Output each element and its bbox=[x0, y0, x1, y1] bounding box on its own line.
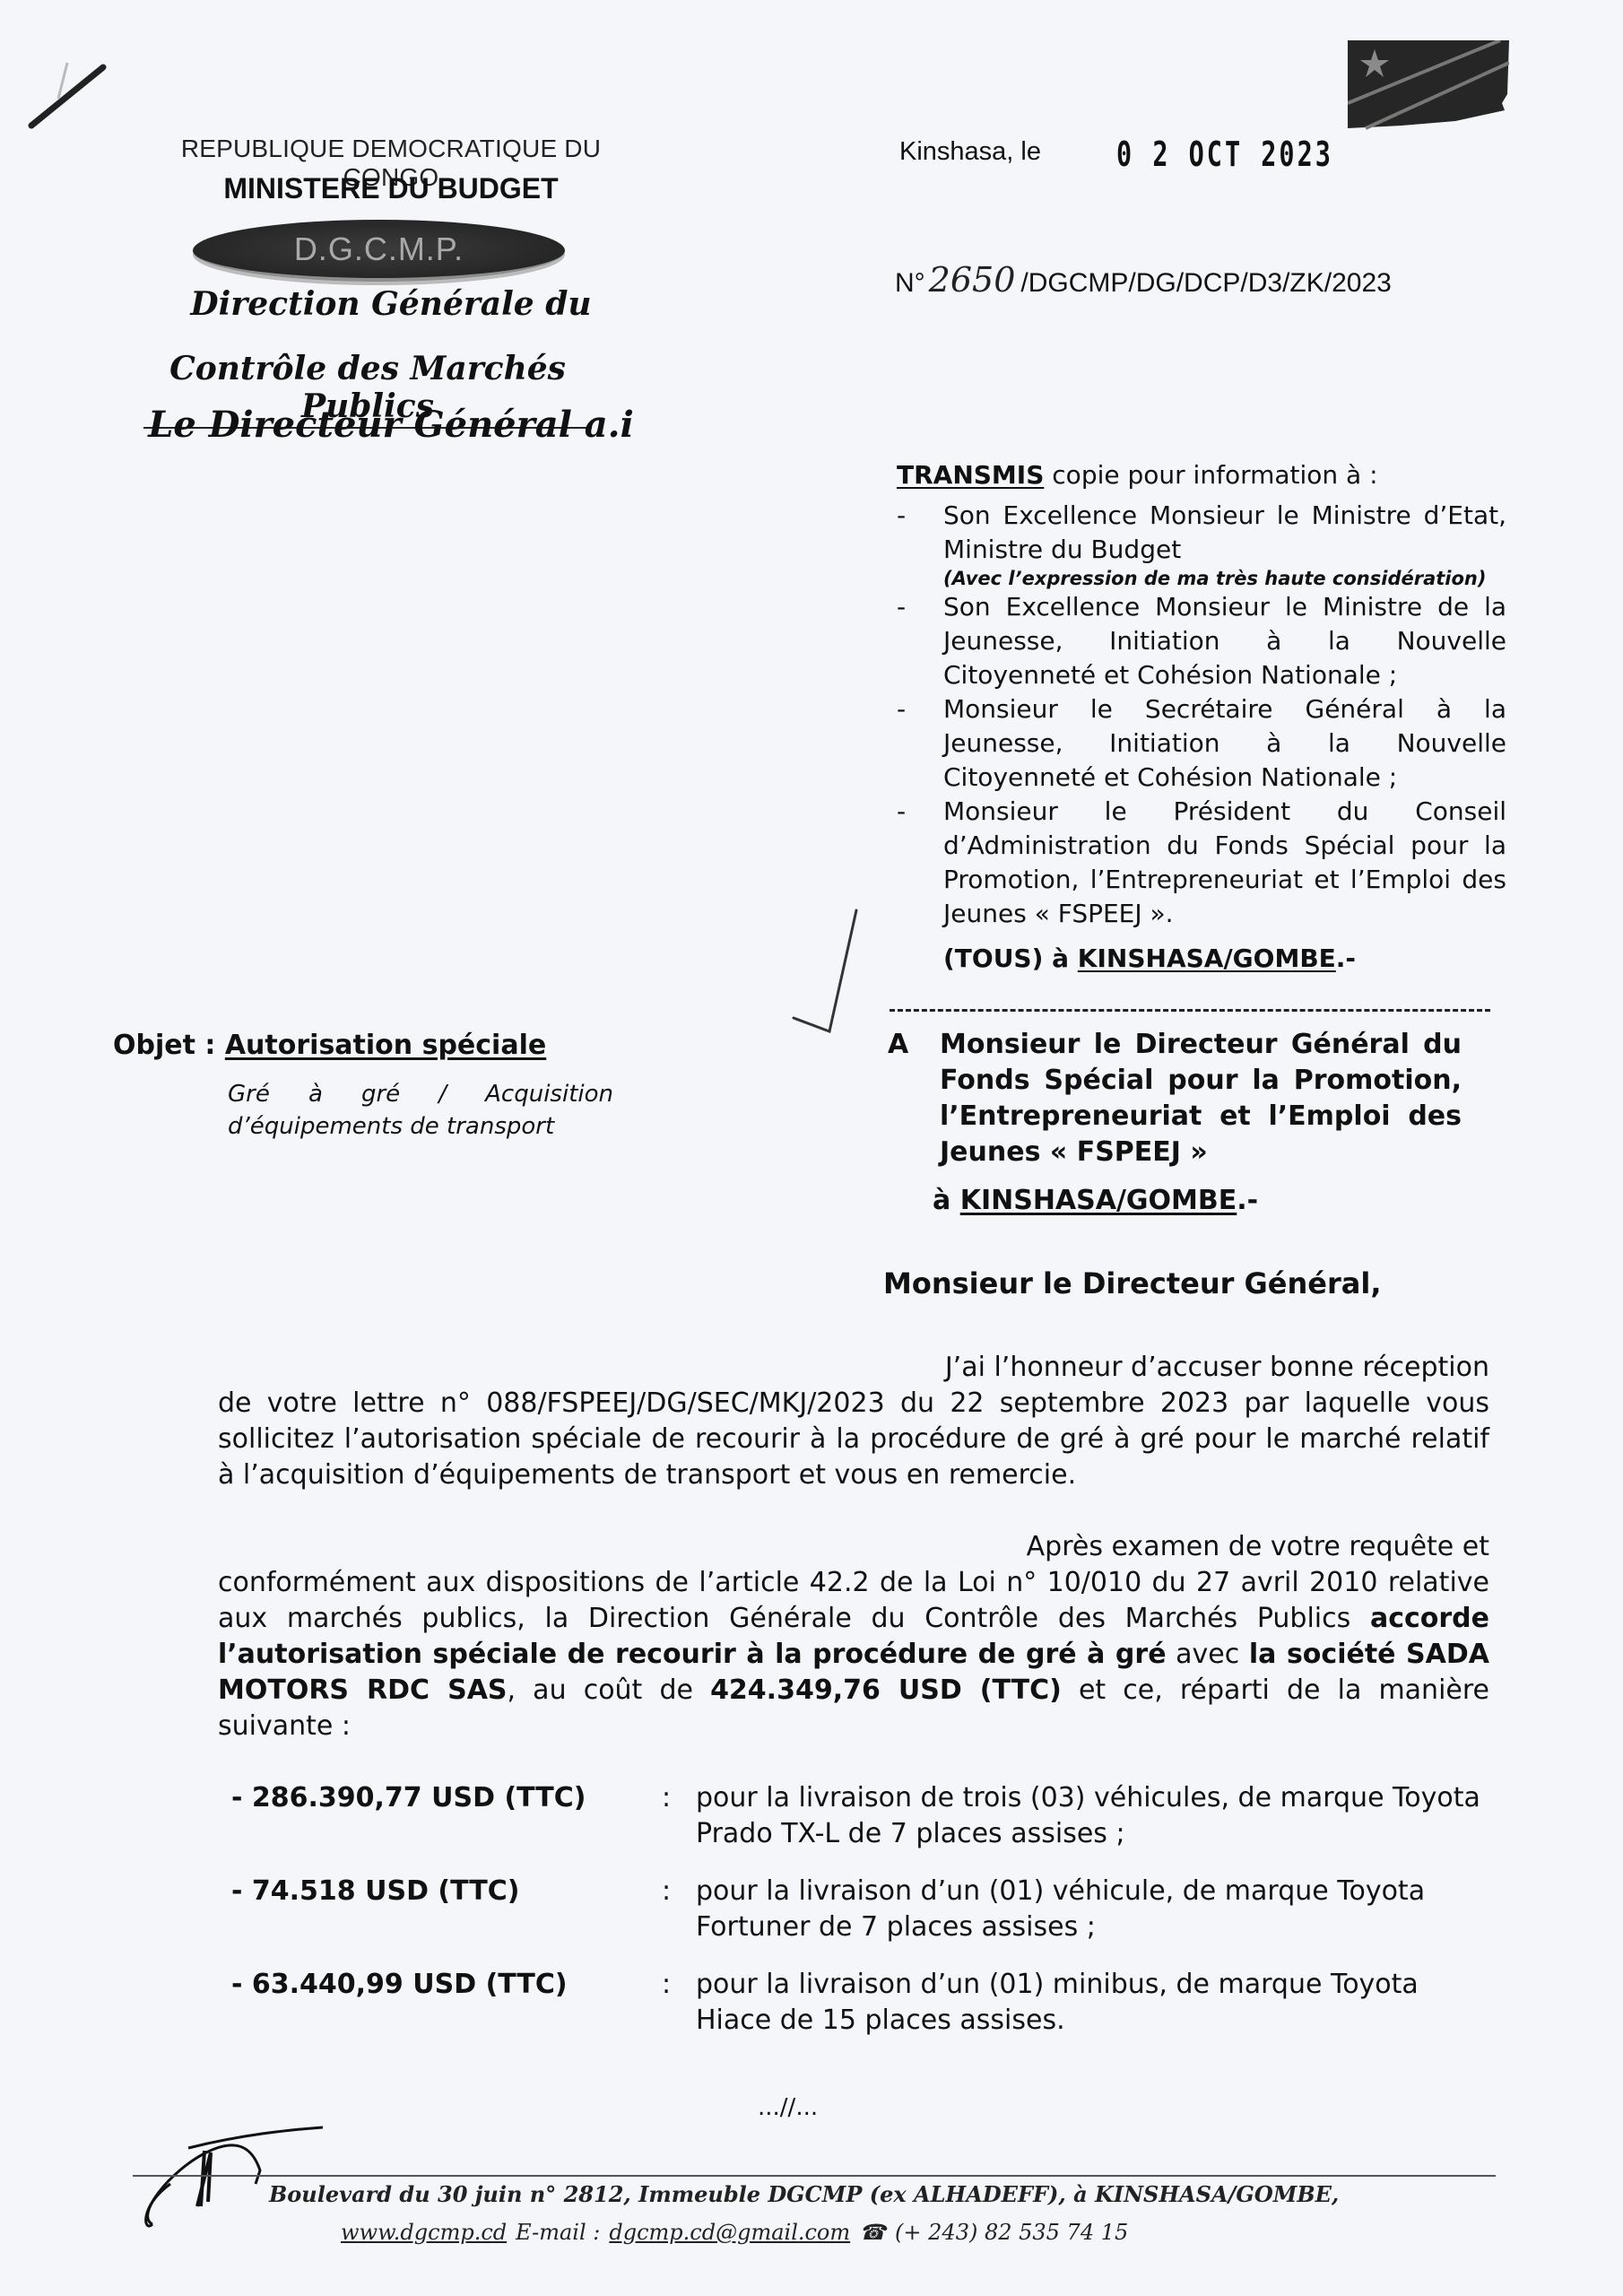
breakdown-row: - 63.440,99 USD (TTC):pour la livraison … bbox=[231, 1967, 1496, 2039]
ref-prefix: N° bbox=[895, 268, 925, 299]
drc-flag-icon bbox=[1348, 40, 1509, 130]
copy-recipient: -Son Excellence Monsieur le Ministre de … bbox=[897, 590, 1506, 692]
ref-handwritten-number: 2650 bbox=[929, 260, 1016, 300]
email-link[interactable]: dgcmp.cd@gmail.com bbox=[609, 2220, 850, 2245]
reference-number: N° 2650 /DGCMP/DG/DCP/D3/ZK/2023 bbox=[895, 260, 1392, 300]
ministry-heading: MINISTERE DU BUDGET bbox=[133, 172, 649, 205]
breakdown-row: - 286.390,77 USD (TTC):pour la livraison… bbox=[231, 1780, 1496, 1852]
copy-list-lead: TRANSMIS copie pour information à : bbox=[897, 460, 1506, 490]
separator-line bbox=[890, 1009, 1490, 1012]
subject-detail: Gré à gré / Acquisition d’équipements de… bbox=[228, 1078, 613, 1143]
transmis-label: TRANSMIS bbox=[897, 460, 1044, 490]
cost-breakdown: - 286.390,77 USD (TTC):pour la livraison… bbox=[231, 1780, 1496, 2060]
footer-address: Boulevard du 30 juin n° 2812, Immeuble D… bbox=[269, 2181, 1339, 2207]
dgcmp-logo: D.G.C.M.P. bbox=[193, 220, 565, 282]
copy-note: (Avec l’expression de ma très haute cons… bbox=[943, 567, 1506, 590]
ref-suffix: /DGCMP/DG/DCP/D3/ZK/2023 bbox=[1020, 268, 1391, 299]
subject-line: Objet : Autorisation spéciale bbox=[113, 1030, 546, 1061]
check-mark-icon bbox=[789, 906, 870, 1058]
website-link[interactable]: www.dgcmp.cd bbox=[341, 2220, 507, 2245]
copy-recipient: -Monsieur le Secrétaire Général à la Jeu… bbox=[897, 692, 1506, 795]
pen-mark-icon bbox=[18, 27, 126, 135]
total-amount: 424.349,76 USD (TTC) bbox=[710, 1674, 1062, 1706]
footer-rule bbox=[133, 2175, 1496, 2177]
place-label: Kinshasa, le bbox=[899, 137, 1041, 167]
subject-title: Autorisation spéciale bbox=[225, 1030, 546, 1061]
direction-line-1: Direction Générale du bbox=[133, 285, 649, 323]
signatory-title: Le Directeur Général a.i bbox=[133, 404, 649, 446]
telephone-icon: ☎ bbox=[859, 2220, 886, 2245]
footer-contacts: www.dgcmp.cd E-mail : dgcmp.cd@gmail.com… bbox=[341, 2220, 1128, 2245]
recipient-block: AMonsieur le Directeur Général du Fonds … bbox=[888, 1027, 1462, 1219]
phone-number: (+ 243) 82 535 74 15 bbox=[895, 2220, 1128, 2245]
copy-list: TRANSMIS copie pour information à : -Son… bbox=[897, 460, 1506, 973]
breakdown-row: - 74.518 USD (TTC):pour la livraison d’u… bbox=[231, 1874, 1496, 1945]
salutation: Monsieur le Directeur Général, bbox=[883, 1266, 1381, 1300]
copy-recipient: -Monsieur le Président du Conseil d’Admi… bbox=[897, 795, 1506, 931]
recipient-city: à KINSHASA/GOMBE.- bbox=[888, 1183, 1462, 1219]
date-stamp: 0 2 OCT 2023 bbox=[1116, 135, 1333, 174]
logo-text: D.G.C.M.P. bbox=[294, 230, 464, 268]
copy-recipient: -Son Excellence Monsieur le Ministre d’E… bbox=[897, 499, 1506, 590]
recipient-name: Monsieur le Directeur Général du Fonds S… bbox=[940, 1027, 1462, 1170]
body-paragraph-1: J’ai l’honneur d’accuser bonne réception… bbox=[218, 1350, 1489, 1493]
body-paragraph-2: Après examen de votre requête et conform… bbox=[218, 1529, 1489, 1744]
copy-list-city: (TOUS) à KINSHASA/GOMBE.- bbox=[897, 944, 1506, 973]
continuation-mark: ...//... bbox=[758, 2094, 818, 2121]
